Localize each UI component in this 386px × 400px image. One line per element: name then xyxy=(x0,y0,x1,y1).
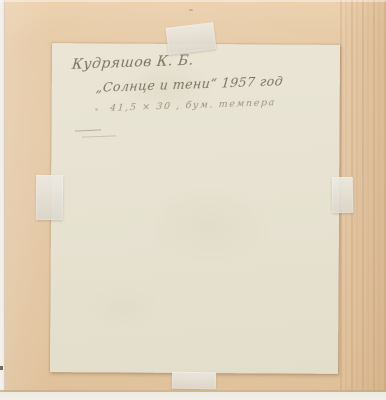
paper-sheet xyxy=(50,43,340,374)
masking-tape-right xyxy=(332,177,354,213)
pencil-stray-dot xyxy=(95,108,98,111)
photo-left-edge xyxy=(0,0,5,400)
masking-tape-left xyxy=(36,175,63,220)
masking-tape-bottom xyxy=(172,372,216,390)
dirt-speck xyxy=(0,366,3,370)
artwork-verso-photo: Кудряшов К. Б. „Солнце и тени“ 1957 год … xyxy=(0,0,386,400)
photo-bottom-edge xyxy=(0,392,386,400)
photo-top-edge xyxy=(0,0,386,2)
pencil-stray-dot xyxy=(189,9,193,11)
